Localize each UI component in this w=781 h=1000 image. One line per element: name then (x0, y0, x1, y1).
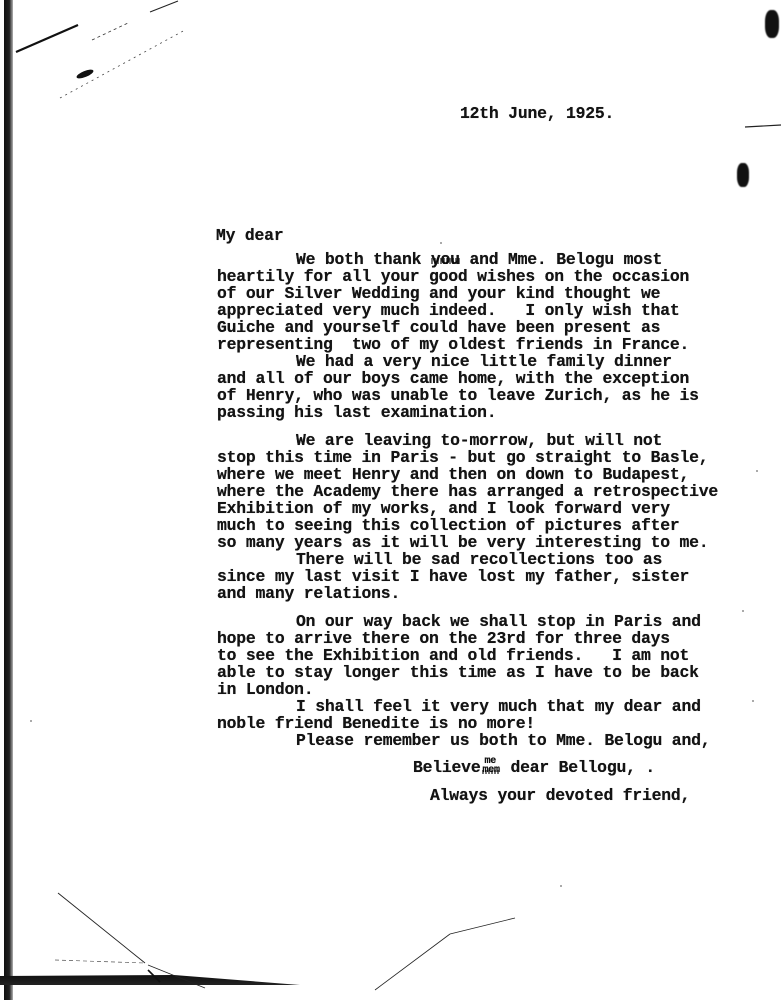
letter-line: and all of our boys came home, with the … (217, 371, 689, 387)
letter-line: noble friend Benedite is no more! (217, 716, 535, 732)
letter-line: of Henry, who was unable to leave Zurich… (217, 388, 699, 404)
overstruck-word: you (431, 252, 460, 268)
ink-smudge (737, 163, 749, 187)
letter-line: hope to arrive there on the 23rd for thr… (217, 631, 670, 647)
salutation: My dear (216, 228, 283, 244)
letter-line: We are leaving to-morrow, but will not (217, 433, 662, 449)
letter-line: We both thank you and Mme. Belogu most (217, 252, 662, 268)
speckle (756, 470, 758, 472)
scan-bottom-edge (0, 975, 300, 985)
letter-line: able to stay longer this time as I have … (217, 665, 699, 681)
letter-line: representing two of my oldest friends in… (217, 337, 689, 353)
letter-line: We had a very nice little family dinner (217, 354, 672, 370)
letter-line: of our Silver Wedding and your kind thou… (217, 286, 660, 302)
letter-line: On our way back we shall stop in Paris a… (217, 614, 701, 630)
closing-signoff: Always your devoted friend, (430, 788, 690, 804)
letter-line: where the Academy there has arranged a r… (217, 484, 718, 500)
scan-left-edge (4, 0, 13, 1000)
closing-believe: Believemememdear Bellogu, . (413, 760, 655, 776)
speckle (752, 700, 754, 702)
letter-line: much to seeing this collection of pictur… (217, 518, 680, 534)
letter-page: 12th June, 1925. My dear We both thank y… (0, 0, 781, 1000)
speckle (440, 242, 442, 244)
letter-line: to see the Exhibition and old friends. I… (217, 648, 689, 664)
letter-line: Guiche and yourself could have been pres… (217, 320, 660, 336)
letter-line: Exhibition of my works, and I look forwa… (217, 501, 670, 517)
letter-line: and many relations. (217, 586, 400, 602)
letter-date: 12th June, 1925. (460, 106, 614, 122)
letter-line: where we meet Henry and then on down to … (217, 467, 689, 483)
believe-suffix: dear Bellogu, . (510, 758, 655, 777)
ink-smudge (765, 10, 779, 38)
letter-line: appreciated very much indeed. I only wis… (217, 303, 680, 319)
speckle (560, 885, 562, 887)
letter-line: I shall feel it very much that my dear a… (217, 699, 701, 715)
letter-line: stop this time in Paris - but go straigh… (217, 450, 708, 466)
letter-line: There will be sad recollections too as (217, 552, 662, 568)
letter-line: in London. (217, 682, 313, 698)
letter-line: so many years as it will be very interes… (217, 535, 708, 551)
speckle (30, 720, 32, 722)
letter-line: Please remember us both to Mme. Belogu a… (217, 733, 710, 749)
believe-me-correction: memem (480, 760, 510, 776)
letter-line: passing his last examination. (217, 405, 496, 421)
letter-line: since my last visit I have lost my fathe… (217, 569, 689, 585)
believe-prefix: Believe (413, 758, 480, 777)
letter-line: heartily for all your good wishes on the… (217, 269, 689, 285)
speckle (742, 610, 744, 612)
struck-word: mem (482, 766, 499, 776)
